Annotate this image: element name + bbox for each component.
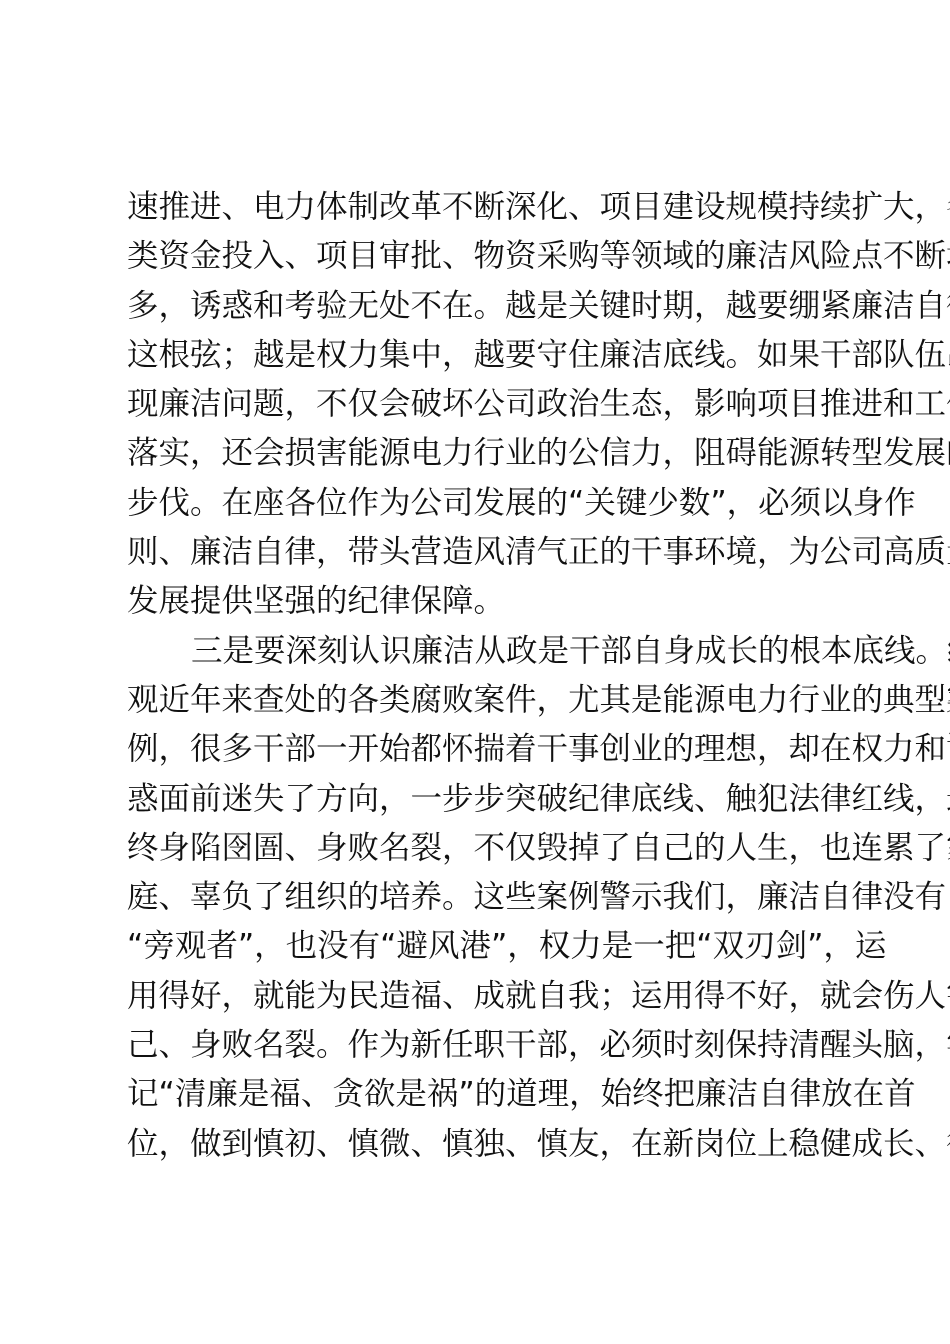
- text-line: 观近年来查处的各类腐败案件，尤其是能源电力行业的典型案: [127, 676, 831, 725]
- paragraph-1: 速推进、电力体制改革不断深化、项目建设规模持续扩大，各 类资金投入、项目审批、物…: [127, 183, 831, 627]
- text-line: 这根弦；越是权力集中，越要守住廉洁底线。如果干部队伍出: [127, 331, 831, 380]
- text-line: 用得好，就能为民造福、成就自我；运用得不好，就会伤人害: [127, 972, 831, 1021]
- text-line: 己、身败名裂。作为新任职干部，必须时刻保持清醒头脑，牢: [127, 1021, 831, 1070]
- text-line: 步伐。在座各位作为公司发展的“关键少数”，必须以身作: [127, 479, 831, 528]
- text-line: 惑面前迷失了方向，一步步突破纪律底线、触犯法律红线，最: [127, 775, 831, 824]
- text-line: 庭、辜负了组织的培养。这些案例警示我们，廉洁自律没有: [127, 873, 831, 922]
- text-line: 例，很多干部一开始都怀揣着干事创业的理想，却在权力和诱: [127, 725, 831, 774]
- text-line: 现廉洁问题，不仅会破坏公司政治生态，影响项目推进和工作: [127, 380, 831, 429]
- text-line: 则、廉洁自律，带头营造风清气正的干事环境，为公司高质量: [127, 528, 831, 577]
- text-line: 记“清廉是福、贪欲是祸”的道理，始终把廉洁自律放在首: [127, 1070, 831, 1119]
- text-line: 位，做到慎初、慎微、慎独、慎友，在新岗位上稳健成长、行: [127, 1120, 831, 1169]
- document-body: 速推进、电力体制改革不断深化、项目建设规模持续扩大，各 类资金投入、项目审批、物…: [127, 183, 831, 1169]
- text-line: 速推进、电力体制改革不断深化、项目建设规模持续扩大，各: [127, 183, 831, 232]
- text-line: 发展提供坚强的纪律保障。: [127, 577, 831, 626]
- text-line: 终身陷囹圄、身败名裂，不仅毁掉了自己的人生，也连累了家: [127, 824, 831, 873]
- text-line: 三是要深刻认识廉洁从政是干部自身成长的根本底线。纵: [127, 627, 831, 676]
- text-line: “旁观者”，也没有“避风港”，权力是一把“双刃剑”，运: [127, 922, 831, 971]
- document-page: 速推进、电力体制改革不断深化、项目建设规模持续扩大，各 类资金投入、项目审批、物…: [0, 0, 950, 1344]
- text-line: 落实，还会损害能源电力行业的公信力，阻碍能源转型发展的: [127, 429, 831, 478]
- text-line: 类资金投入、项目审批、物资采购等领域的廉洁风险点不断增: [127, 232, 831, 281]
- text-line: 多，诱惑和考验无处不在。越是关键时期，越要绷紧廉洁自律: [127, 282, 831, 331]
- paragraph-2: 三是要深刻认识廉洁从政是干部自身成长的根本底线。纵 观近年来查处的各类腐败案件，…: [127, 627, 831, 1169]
